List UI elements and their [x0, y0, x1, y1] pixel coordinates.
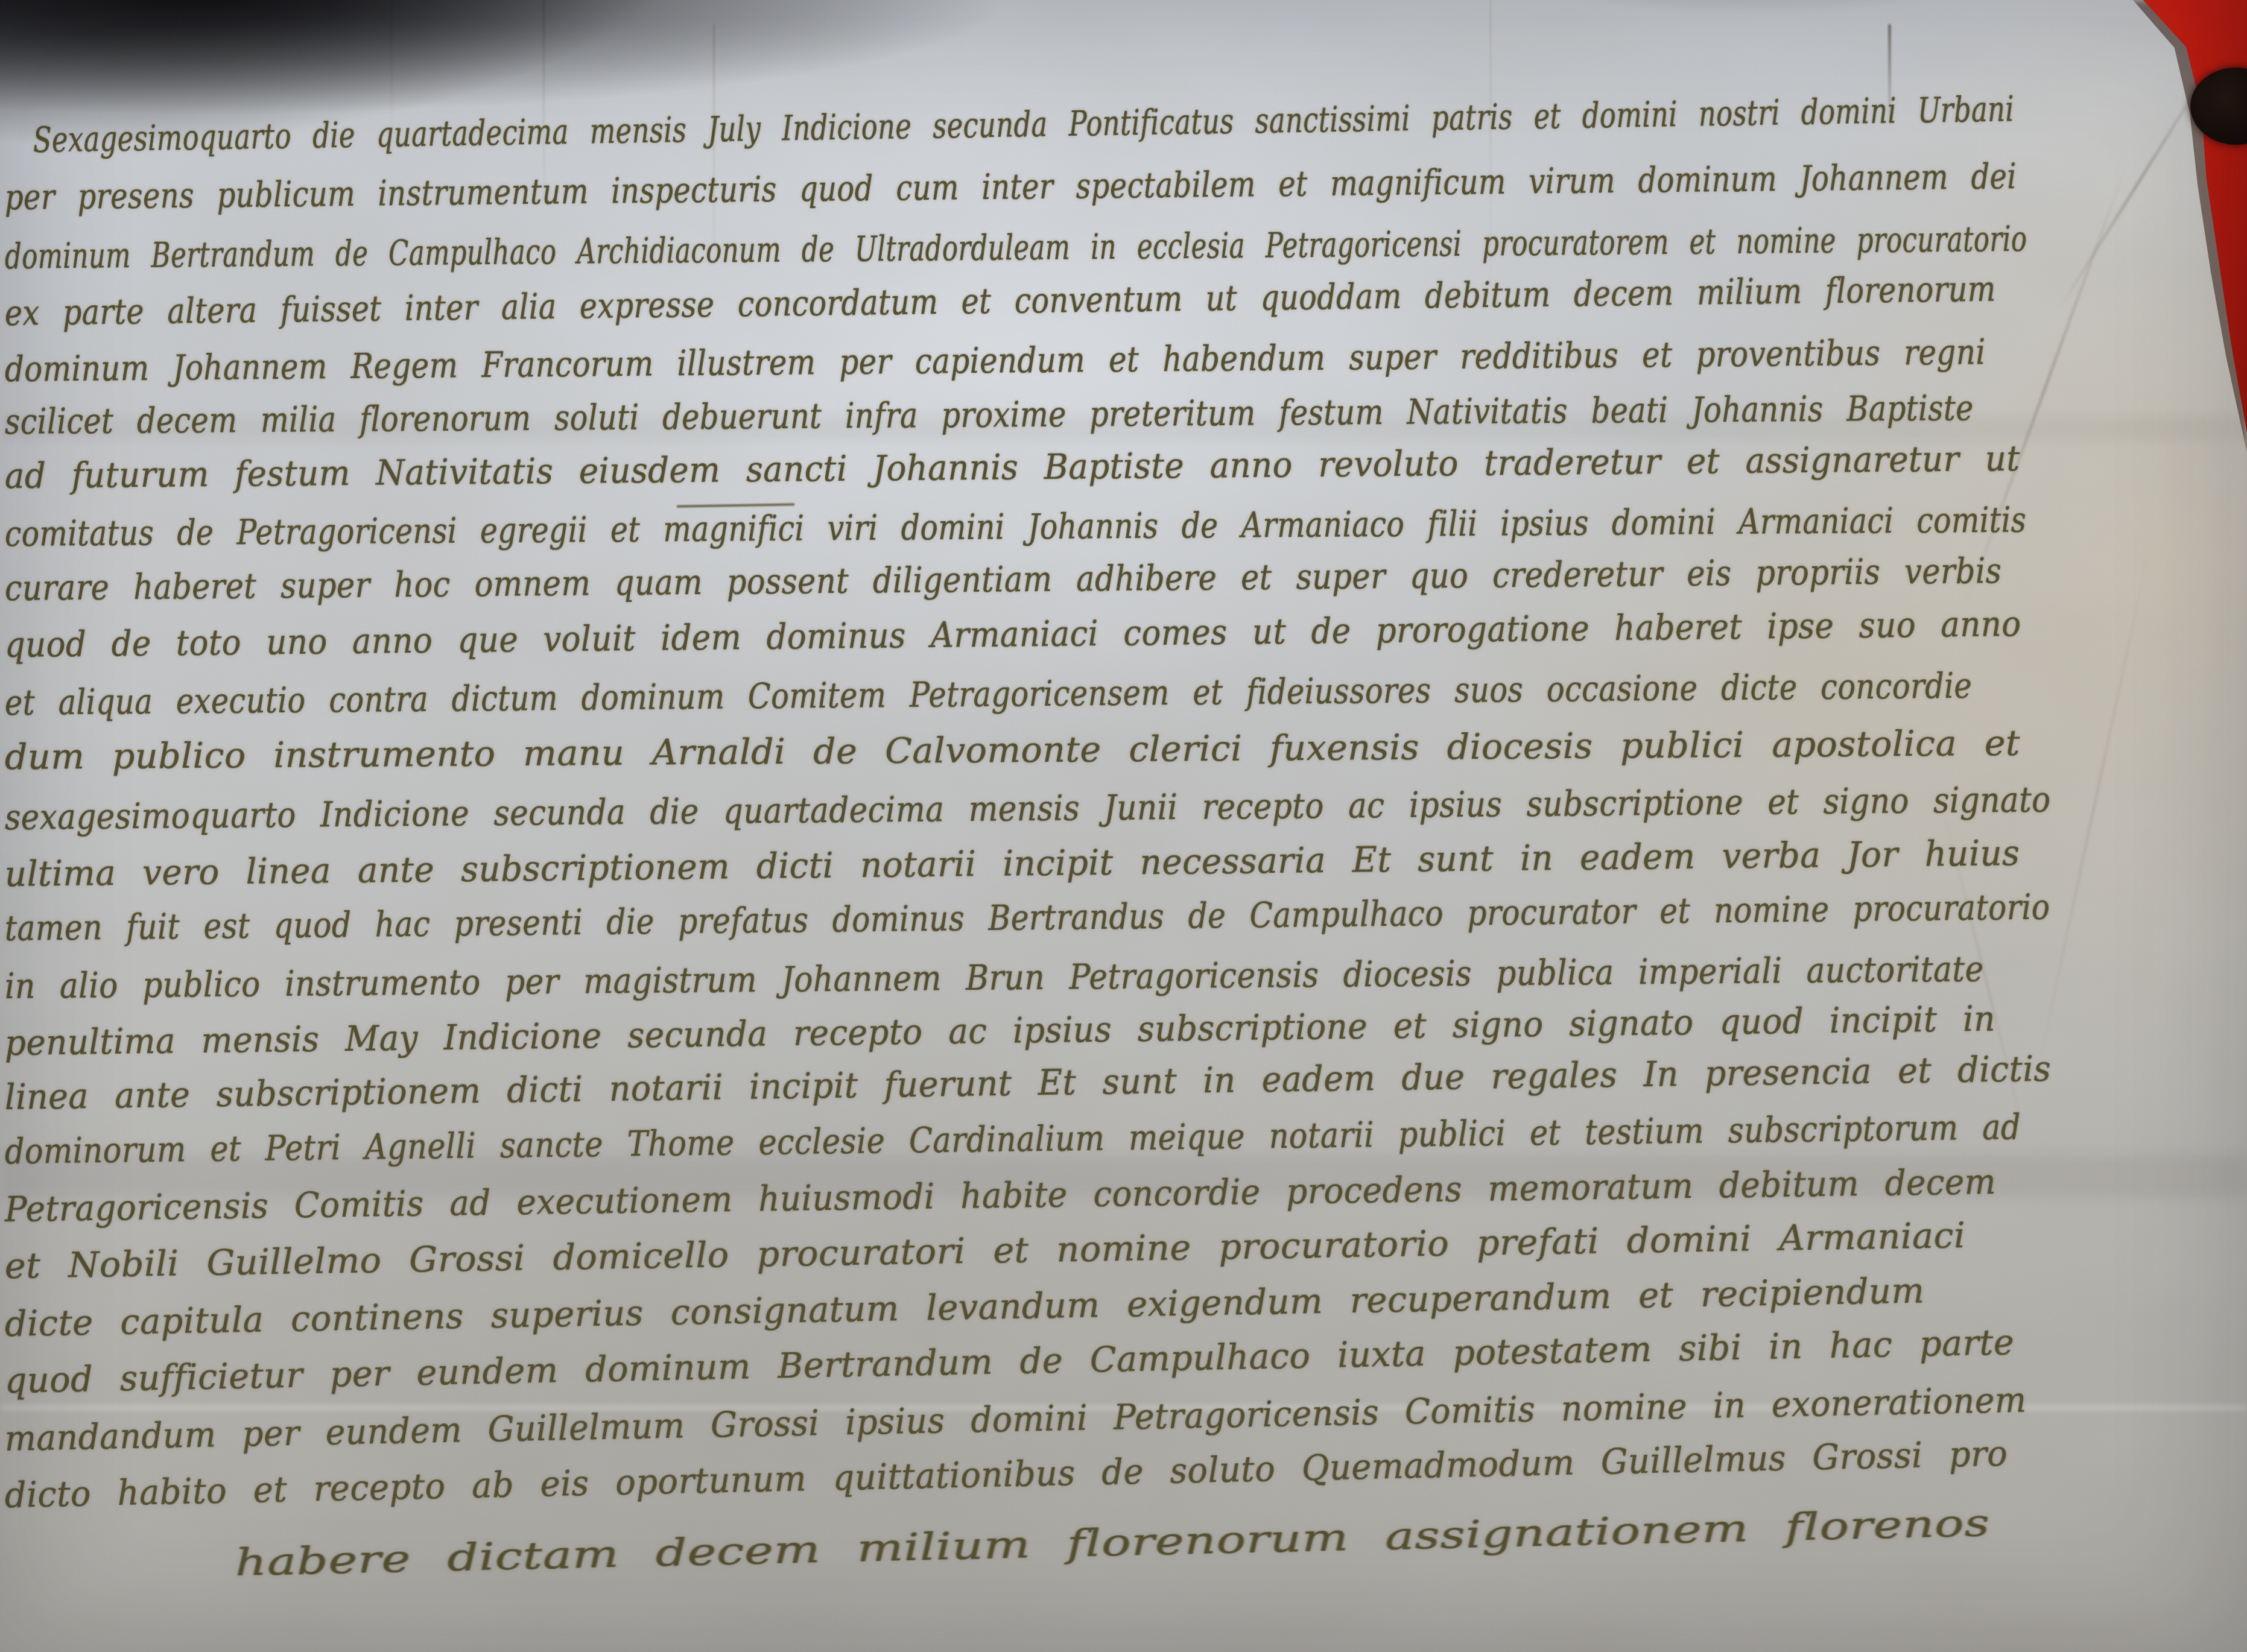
manuscript-line: dominum Bertrandum de Campulhaco Archidi…: [5, 223, 2027, 274]
manuscript-line: dominum Johannem Regem Francorum illustr…: [5, 335, 1986, 387]
manuscript-line: in alio publico instrumento per magistru…: [5, 952, 1984, 1004]
parchment-crease: [1941, 802, 2029, 1153]
horizontal-fold-highlight: [0, 1405, 2247, 1410]
manuscript-line: Petragoricensis Comitis ad executionem h…: [5, 1165, 1997, 1227]
manuscript-line: dum publico instrumento manu Arnaldi de …: [5, 727, 2020, 775]
dark-fiber-mark: [1888, 24, 1891, 127]
black-seal-edge: [2190, 68, 2247, 145]
photo-vignette: [0, 0, 2247, 1652]
manuscript-line: dicte capitula continens superius consig…: [4, 1274, 1924, 1342]
ink-drip-streak: [543, 0, 545, 208]
ink-drip-streak: [391, 0, 392, 151]
manuscript-line: quod de toto uno anno que voluit idem do…: [5, 607, 2021, 663]
manuscript-line: scilicet decem milia florenorum soluti d…: [5, 391, 1974, 440]
manuscript-line: per presens publicum instrumentum inspec…: [5, 160, 2017, 215]
manuscript-line: et aliqua executio contra dictum dominum…: [5, 669, 1973, 721]
manuscript-line: ad futurum festum Nativitatis eiusdem sa…: [5, 442, 2020, 494]
ink-drip-streak: [1490, 0, 1491, 314]
parchment-crease: [1965, 165, 2128, 607]
manuscript-line: et Nobili Guillelmo Grossi domicello pro…: [4, 1219, 1965, 1284]
manuscript-line: tamen fuit est quod hac presenti die pre…: [5, 890, 2050, 946]
manuscript-line: sexagesimoquarto Indicione secunda die q…: [5, 783, 2051, 835]
parchment-crease: [2055, 48, 2223, 315]
cloth-edge-shadow: [1988, 0, 2247, 476]
horizontal-fold-shadow: [0, 1155, 2247, 1197]
top-shadow: [0, 0, 2247, 1652]
red-background-cloth: [1994, 0, 2247, 470]
horizontal-fold-shadow: [0, 416, 2247, 440]
manuscript-text-layer: Sexagesimoquarto die quartadecima mensis…: [0, 0, 2247, 1652]
manuscript-line: quod sufficietur per eundem dominum Bert…: [4, 1326, 2014, 1399]
manuscript-line: comitatus de Petragoricensi egregii et m…: [5, 504, 2027, 552]
manuscript-line: curare haberet super hoc omnem quam poss…: [5, 554, 2002, 606]
grain-texture: [0, 0, 2247, 1652]
manuscript-photo: Sexagesimoquarto die quartadecima mensis…: [0, 0, 2247, 1652]
ink-drip-streak: [713, 24, 715, 283]
manuscript-line: linea ante subscriptionem dicti notarii …: [5, 1052, 2052, 1115]
manuscript-line: dominorum et Petri Agnelli sancte Thome …: [5, 1110, 2021, 1169]
parchment-crease: [2035, 537, 2152, 1080]
manuscript-line: penultima mensis May Indicione secunda r…: [5, 1002, 1995, 1061]
manuscript-line: mandandum per eundem Guillelmum Grossi i…: [4, 1384, 2027, 1457]
manuscript-line: Sexagesimoquarto die quartadecima mensis…: [33, 92, 2014, 158]
manuscript-line: ultima vero linea ante subscriptionem di…: [5, 837, 2020, 892]
ink-underline: [677, 503, 794, 507]
manuscript-line: dicto habito et recepto ab eis oportunum…: [4, 1437, 2008, 1513]
manuscript-line: habere dictam decem milium florenorum as…: [235, 1504, 1990, 1581]
manuscript-line: ex parte altera fuisset inter alia expre…: [5, 273, 1996, 331]
